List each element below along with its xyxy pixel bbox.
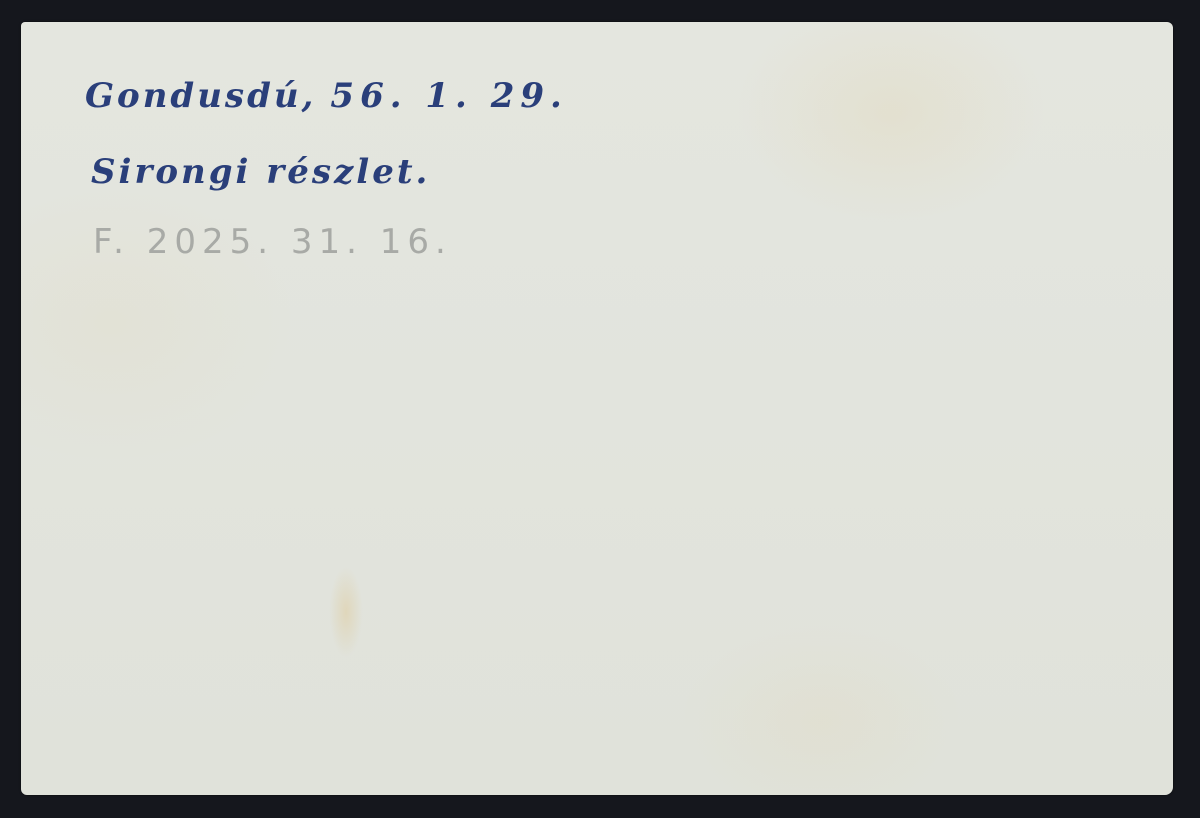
photo-verso-card: Gondusdú,56. 1. 29. Sirongi részlet. F. …	[21, 22, 1173, 795]
handwritten-place-date-line: Gondusdú,56. 1. 29.	[85, 76, 568, 116]
handwritten-place: Gondusdú,	[85, 76, 316, 116]
handwritten-caption: Sirongi részlet.	[91, 152, 430, 192]
scan-background: Gondusdú,56. 1. 29. Sirongi részlet. F. …	[0, 0, 1200, 818]
handwritten-date: 56. 1. 29.	[330, 76, 567, 116]
pencil-inventory-number: F. 2025. 31. 16.	[93, 222, 452, 262]
